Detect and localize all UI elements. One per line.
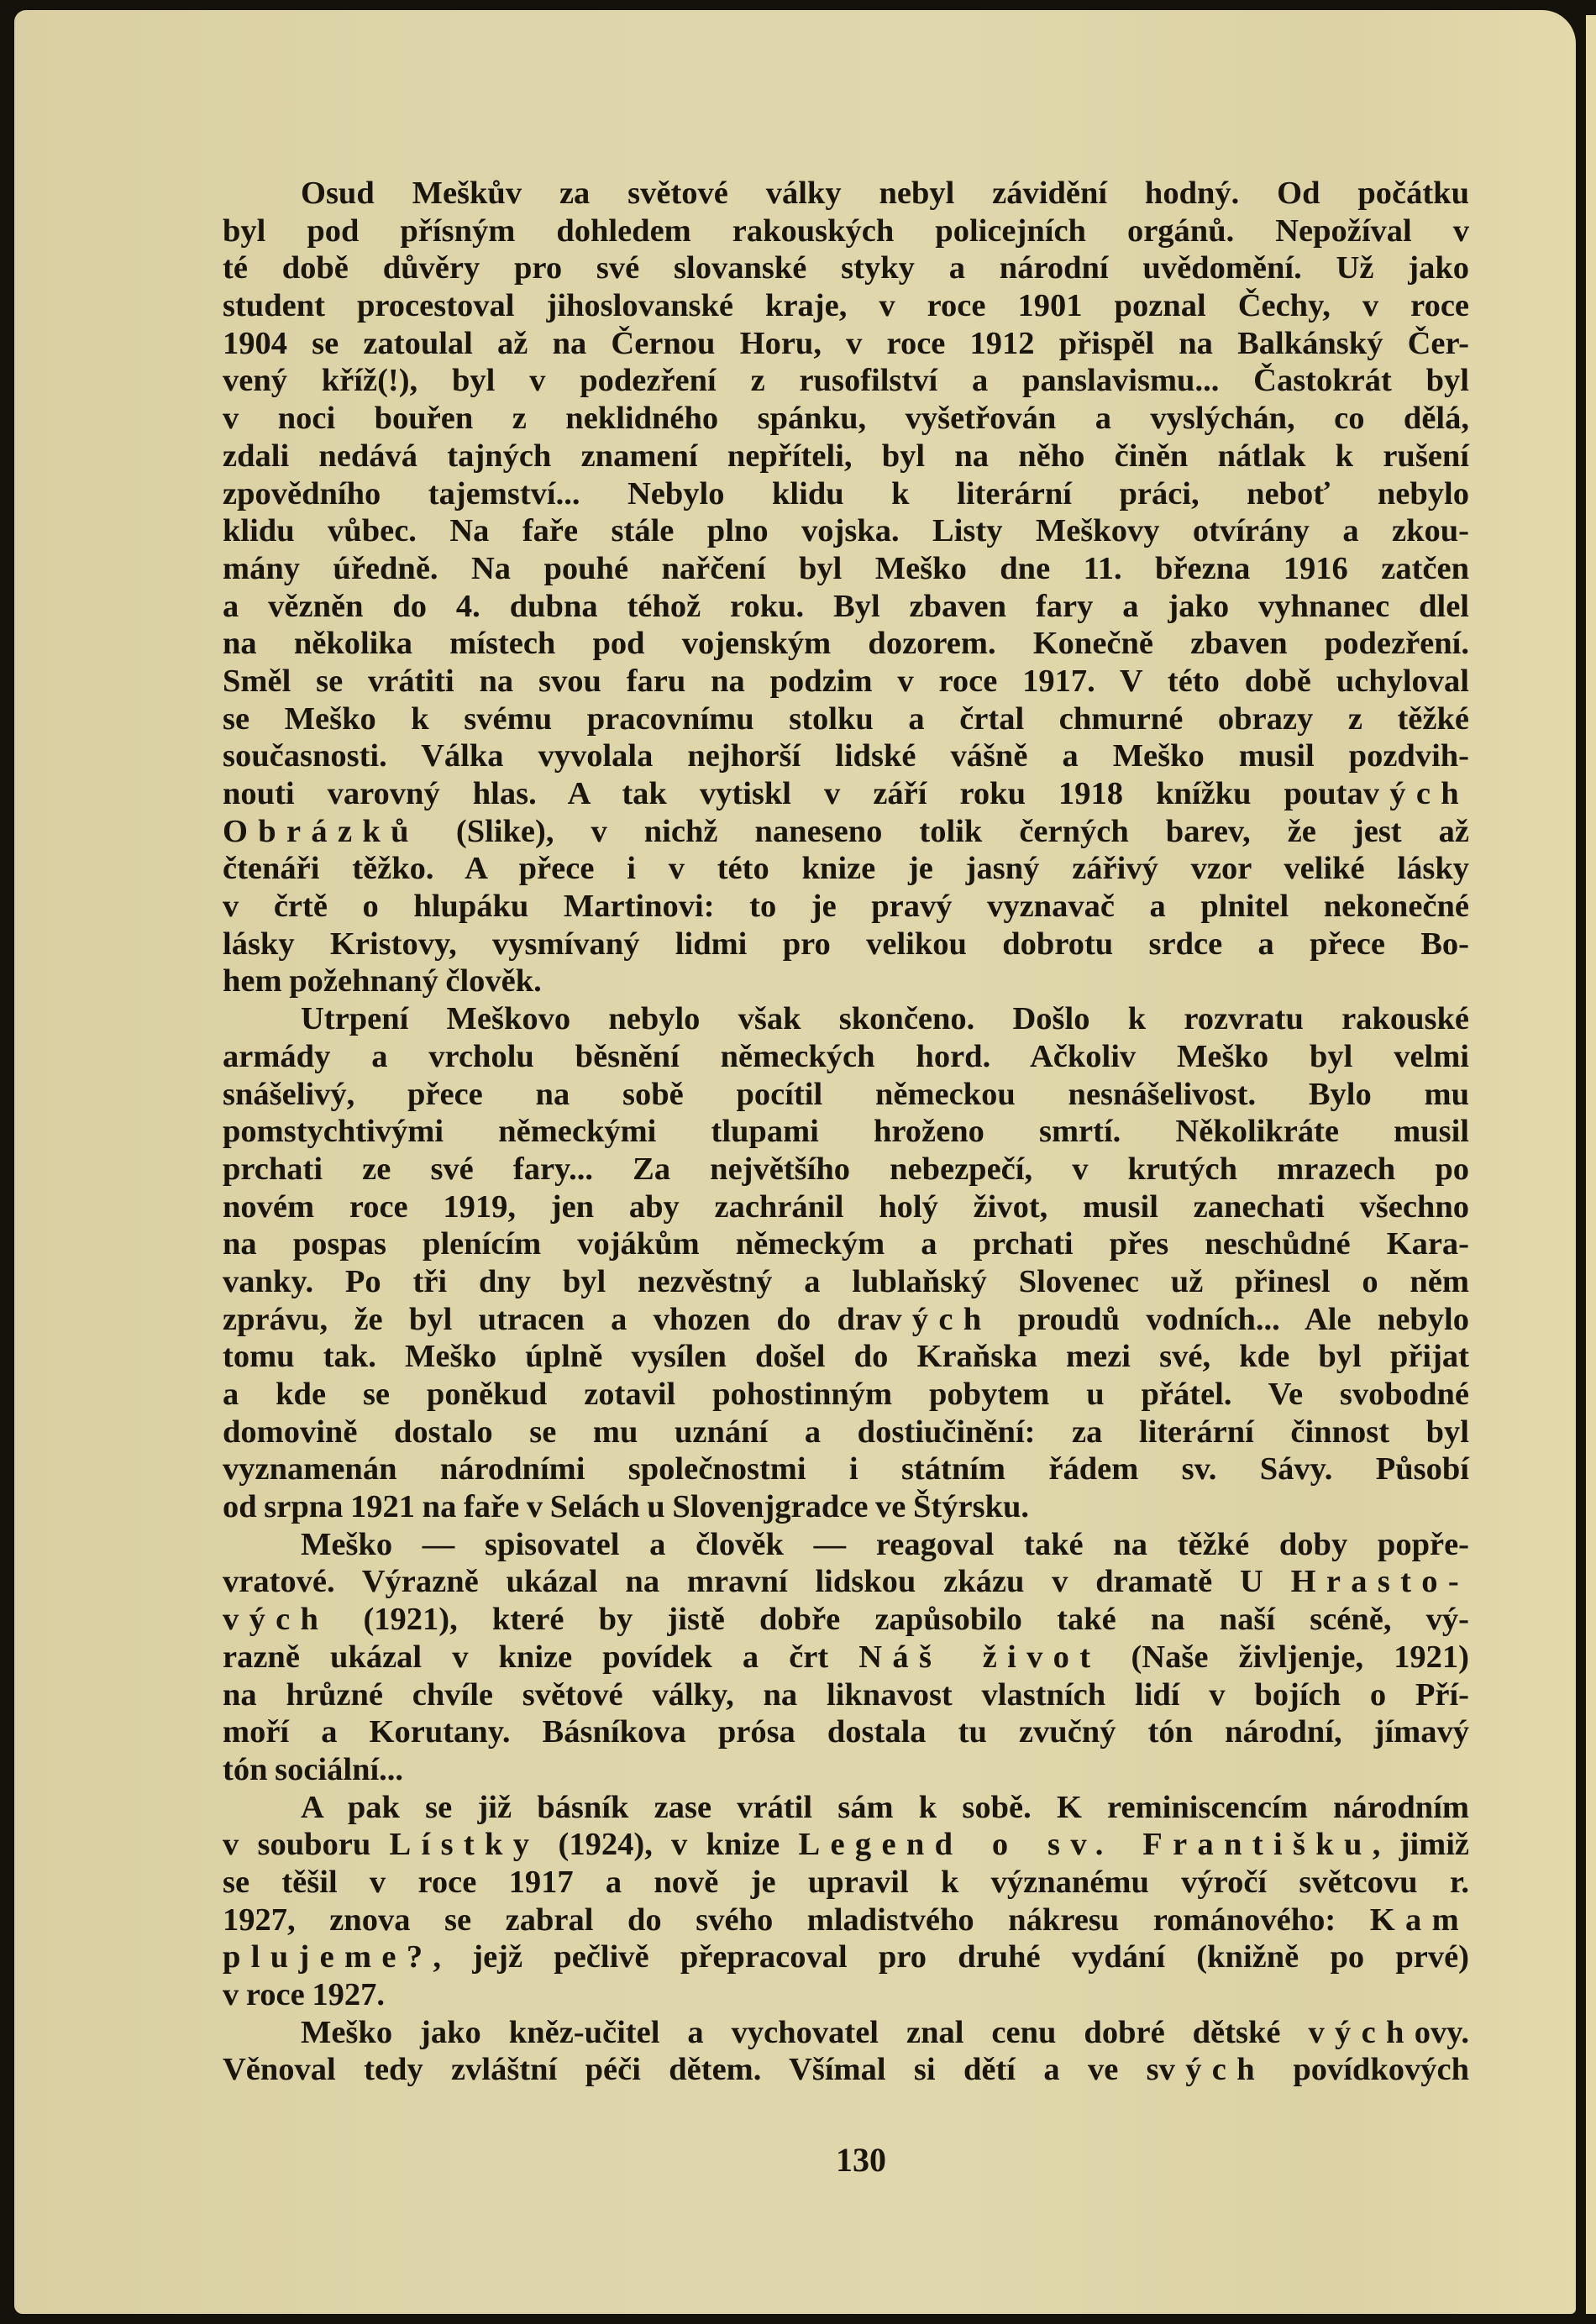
page-number: 130 [0,2140,1596,2180]
text-line: Věnoval tedy zvláštní péči dětem. Všímal… [223,2051,1469,2089]
spaced-title: Lístky [390,1827,540,1862]
text-line: vený kříž(!), byl v podezření z rusofils… [223,362,1469,400]
text-line: nouti varovný hlas. A tak vytiskl v září… [223,775,1469,813]
spaced-title: vých [223,1602,328,1637]
text-line: snášelivý, přece na sobě pocítil německo… [223,1076,1469,1114]
text-line: klidu vůbec. Na faře stále plno vojska. … [223,512,1469,550]
text-line: v črtě o hlupáku Martinovi: to je pravý … [223,888,1469,926]
text-line: vanky. Po tři dny byl nezvěstný a lublaň… [223,1263,1469,1301]
spaced-title: vých [885,1302,991,1337]
text-line: tomu tak. Meško úplně vysílen došel do K… [223,1338,1469,1376]
body-text: Osud Meškův za světové války nebyl závid… [223,175,1469,2089]
text-line: tón sociální... [223,1751,1469,1789]
text-line: mány úředně. Na pouhé nařčení byl Meško … [223,550,1469,588]
text-line: moří a Korutany. Básníkova prósa dostala… [223,1713,1469,1751]
text-line: student procestoval jihoslovanské kraje,… [223,287,1469,325]
text-line: a kde se poněkud zotavil pohostinným pob… [223,1376,1469,1414]
text-line: hem požehnaný člověk. [223,963,1469,1000]
text-line: 1904 se zatoulal až na Černou Horu, v ro… [223,325,1469,363]
paragraph: Osud Meškův za světové války nebyl závid… [223,175,1469,1000]
text-line: lásky Kristovy, vysmívaný lidmi pro veli… [223,926,1469,963]
text-line: armády a vrcholu běsnění německých hord.… [223,1038,1469,1076]
text-line: Obrázků (Slike), v nichž naneseno tolik … [223,813,1469,851]
text-line: se Meško k svému pracovnímu stolku a črt… [223,700,1469,738]
text-line: a vězněn do 4. dubna téhož roku. Byl zba… [223,588,1469,626]
text-line: Meško jako kněz-učitel a vychovatel znal… [223,2014,1469,2052]
spaced-title: Obrázků [223,814,419,849]
text-line: vyznamenán národními společnostmi i stát… [223,1451,1469,1488]
text-line: na hrůzné chvíle světové války, na likna… [223,1676,1469,1714]
text-line: na několika místech pod vojenským dozore… [223,625,1469,663]
text-line: vratové. Výrazně ukázal na mravní lidsko… [223,1563,1469,1601]
text-line: Meško — spisovatel a člověk — reagoval t… [223,1526,1469,1564]
spaced-title: Náš život [858,1639,1100,1675]
text-line: zprávu, že byl utracen a vhozen do dravý… [223,1301,1469,1339]
text-line: té době důvěry pro své slovanské styky a… [223,249,1469,287]
text-line: Směl se vrátiti na svou faru na podzim v… [223,663,1469,700]
text-line: 1927, znova se zabral do svého mladistvé… [223,1902,1469,1939]
text-line: vých (1921), které by jistě dobře zapůso… [223,1601,1469,1639]
text-line: současnosti. Válka vyvolala nejhorší lid… [223,737,1469,775]
text-line: zpovědního tajemství... Nebylo klidu k l… [223,475,1469,513]
text-line: se těšil v roce 1917 a nově je upravil k… [223,1864,1469,1902]
text-line: novém roce 1919, jen aby zachránil holý … [223,1188,1469,1226]
next-page-edge [1586,15,1596,2314]
spaced-title: plujeme? [223,1939,433,1975]
text-line: v souboru Lístky (1924), v knize Legend … [223,1826,1469,1864]
text-line: pomstychtivými německými tlupami hroženo… [223,1113,1469,1151]
spaced-title: Hrasto- [1291,1564,1469,1599]
text-line: v roce 1927. [223,1976,1469,2014]
text-line: zdali nedává tajných znamení nepříteli, … [223,438,1469,475]
paragraph: Meško jako kněz-učitel a vychovatel znal… [223,2014,1469,2089]
text-line: razně ukázal v knize povídek a črt Náš ž… [223,1639,1469,1676]
text-line: Utrpení Meškovo nebylo však skončeno. Do… [223,1000,1469,1038]
text-line: A pak se již básník zase vrátil sám k so… [223,1789,1469,1827]
text-line: byl pod přísným dohledem rakouských poli… [223,212,1469,250]
spaced-title: vých [1308,2015,1414,2050]
paragraph: Utrpení Meškovo nebylo však skončeno. Do… [223,1000,1469,1526]
text-line: Osud Meškův za světové války nebyl závid… [223,175,1469,212]
spaced-title: vých [1159,2052,1265,2087]
text-line: na pospas plenícím vojákům německým a pr… [223,1225,1469,1263]
text-line: čtenáři těžko. A přece i v této knize je… [223,850,1469,888]
text-line: prchati ze své fary... Za největšího neb… [223,1151,1469,1188]
text-line: od srpna 1921 na faře v Selách u Slovenj… [223,1488,1469,1526]
text-line: plujeme?, jejž pečlivě přepracoval pro d… [223,1938,1469,1976]
spaced-title: Legend o sv. Františku [799,1827,1373,1862]
text-line: v noci bouřen z neklidného spánku, vyšet… [223,400,1469,438]
paragraph: Meško — spisovatel a člověk — reagoval t… [223,1526,1469,1789]
paragraph: A pak se již básník zase vrátil sám k so… [223,1789,1469,2014]
spaced-title: vých [1363,776,1469,811]
spaced-title: Kam [1370,1902,1469,1938]
text-line: domovině dostalo se mu uznání a dostiuči… [223,1414,1469,1451]
